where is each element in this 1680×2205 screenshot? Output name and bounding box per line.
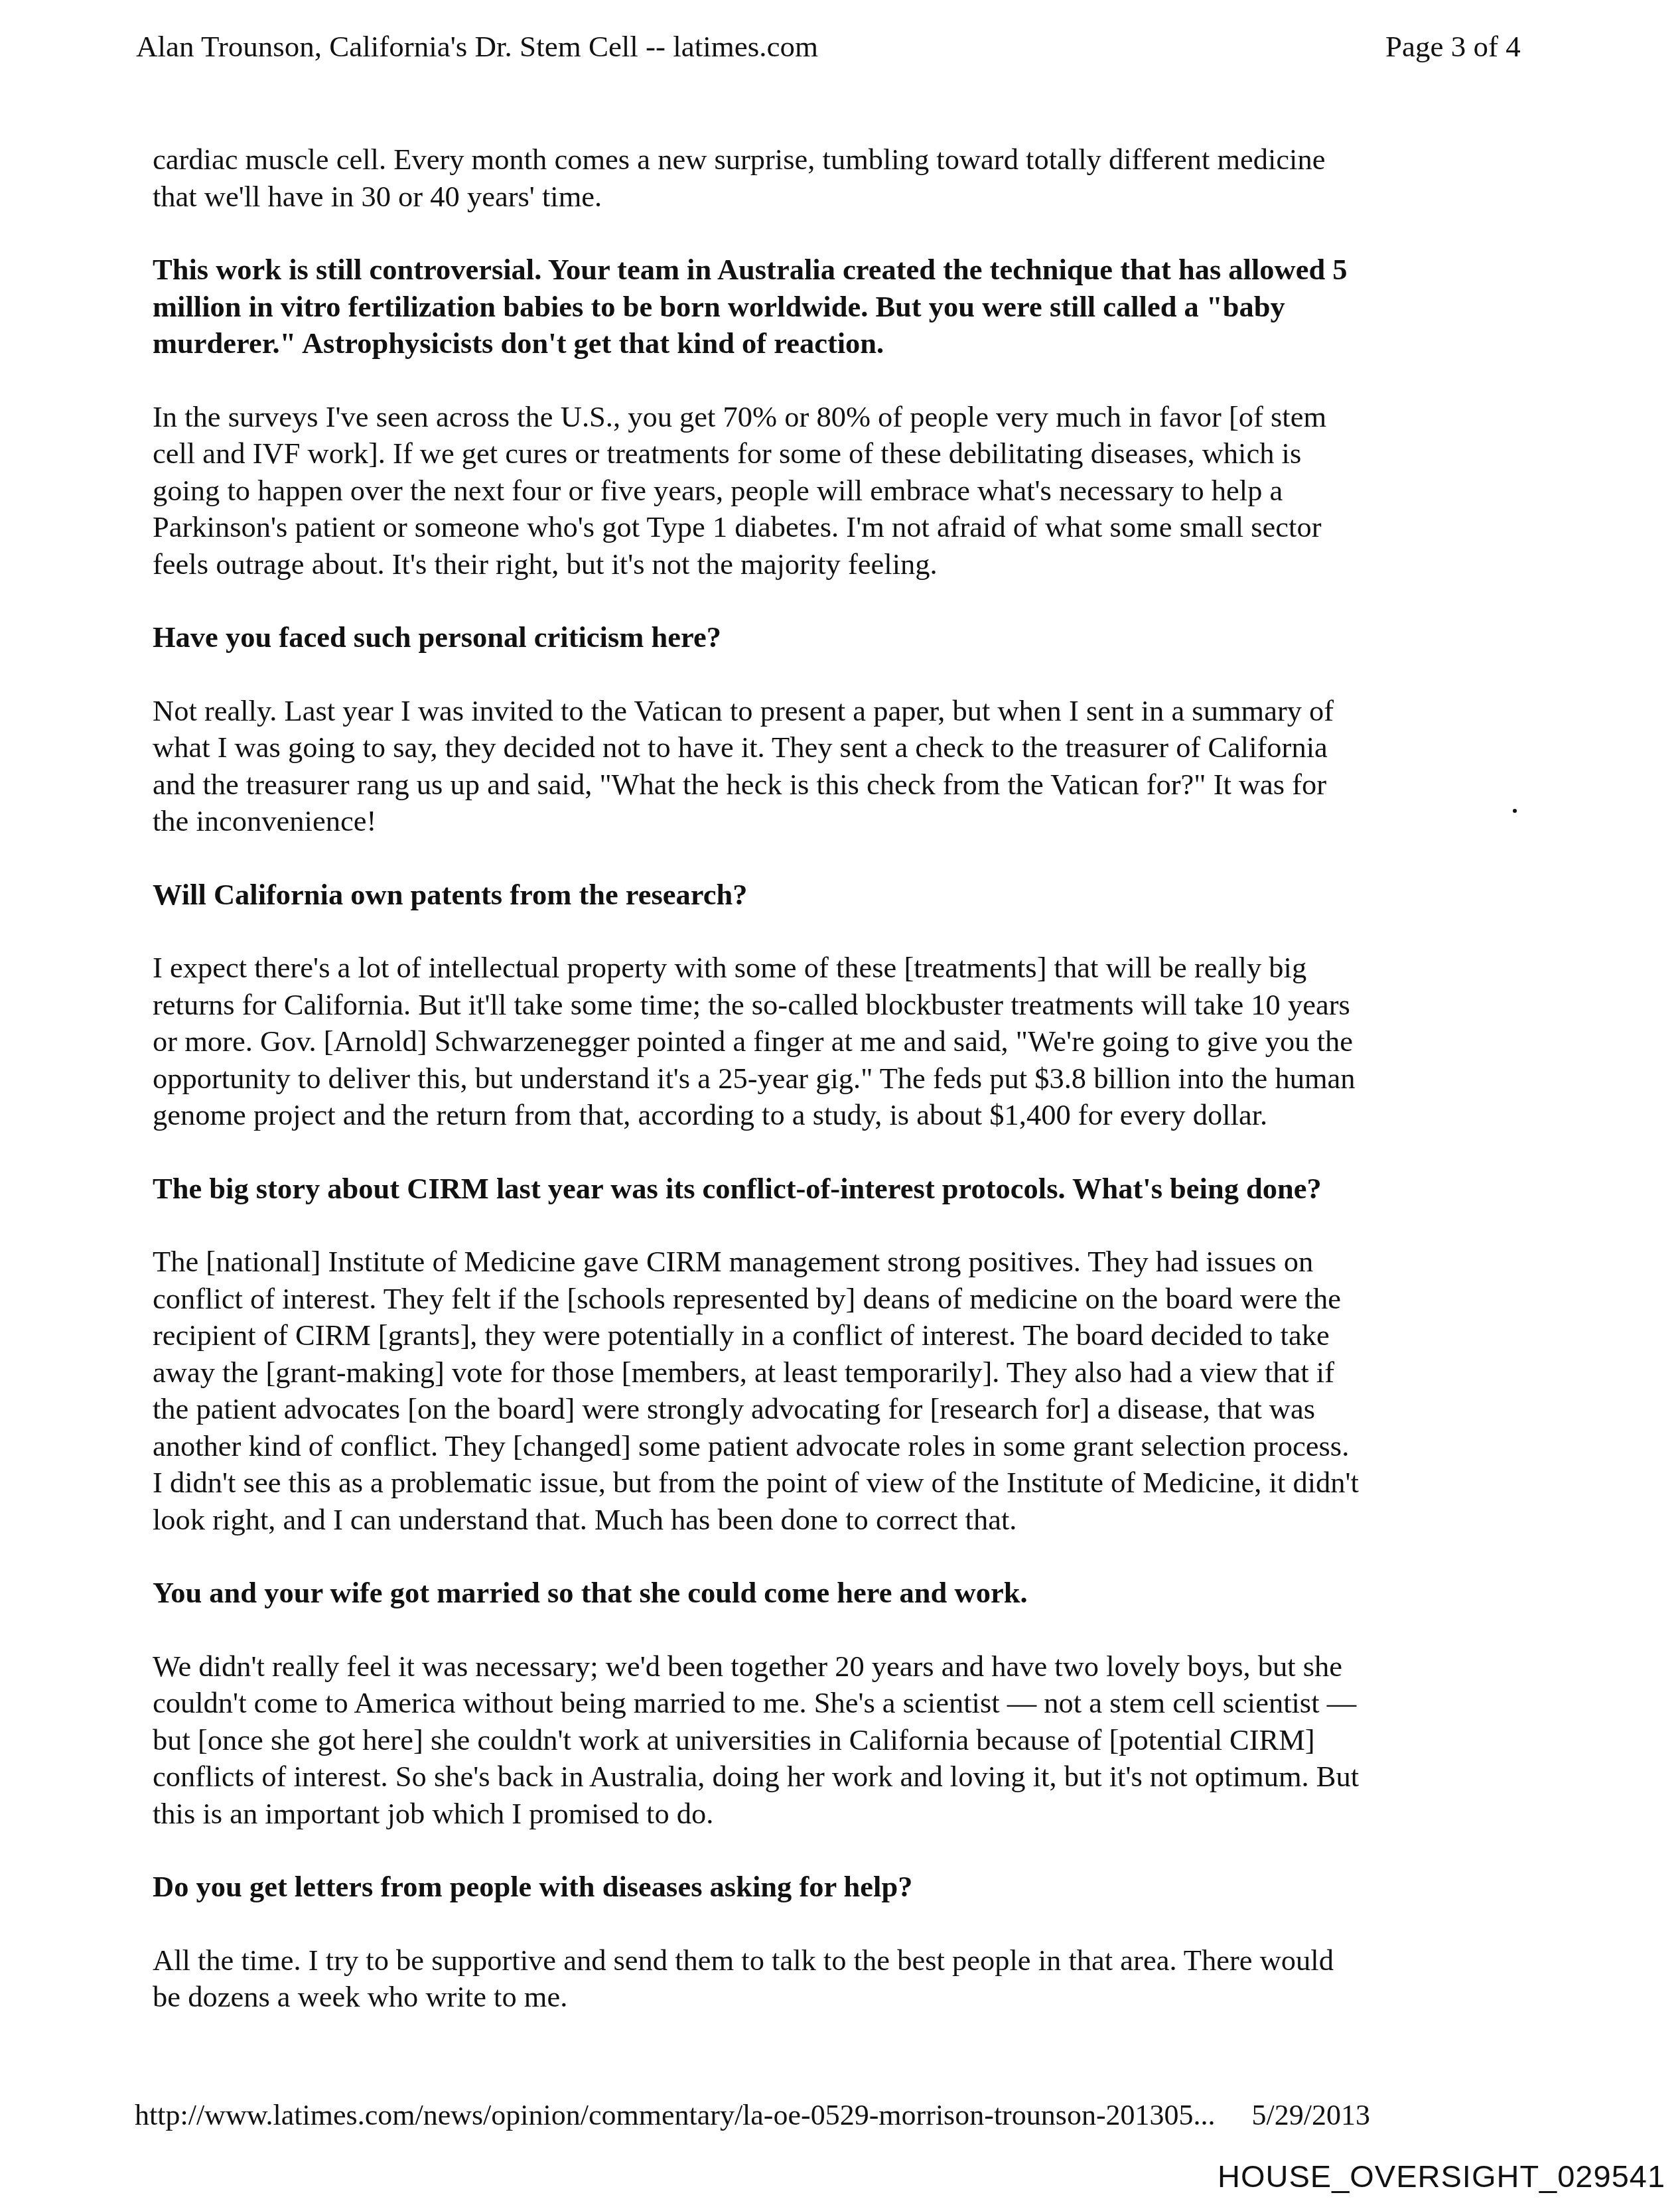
document-title: Alan Trounson, California's Dr. Stem Cel… <box>136 27 818 66</box>
text-line: conflict of interest. They felt if the [… <box>153 1281 1533 1318</box>
page-header: Alan Trounson, California's Dr. Stem Cel… <box>136 27 1544 66</box>
text-line: I expect there's a lot of intellectual p… <box>153 950 1533 987</box>
text-line: look right, and I can understand that. M… <box>153 1502 1533 1539</box>
text-line: the patient advocates [on the board] wer… <box>153 1391 1533 1428</box>
text-line: what I was going to say, they decided no… <box>153 729 1533 766</box>
text-line: and the treasurer rang us up and said, "… <box>153 766 1533 804</box>
question-paragraph: The big story about CIRM last year was i… <box>153 1171 1533 1208</box>
answer-paragraph: The [national] Institute of Medicine gav… <box>153 1244 1533 1538</box>
text-line: going to happen over the next four or fi… <box>153 472 1533 510</box>
text-line: away the [grant-making] vote for those [… <box>153 1354 1533 1391</box>
text-line: Not really. Last year I was invited to t… <box>153 693 1533 730</box>
text-line: cardiac muscle cell. Every month comes a… <box>153 141 1533 178</box>
text-line: be dozens a week who write to me. <box>153 1979 1533 2016</box>
scan-artifact-dot <box>1513 809 1517 813</box>
page-footer: http://www.latimes.com/news/opinion/comm… <box>135 2097 1370 2134</box>
text-line: Parkinson's patient or someone who's got… <box>153 509 1533 546</box>
answer-paragraph: In the surveys I've seen across the U.S.… <box>153 399 1533 583</box>
text-line: or more. Gov. [Arnold] Schwarzenegger po… <box>153 1023 1533 1060</box>
answer-paragraph: cardiac muscle cell. Every month comes a… <box>153 141 1533 215</box>
text-line: the inconvenience! <box>153 803 1533 840</box>
text-line: Have you faced such personal criticism h… <box>153 619 1533 656</box>
answer-paragraph: I expect there's a lot of intellectual p… <box>153 950 1533 1134</box>
answer-paragraph: Not really. Last year I was invited to t… <box>153 693 1533 840</box>
question-paragraph: You and your wife got married so that sh… <box>153 1575 1533 1612</box>
text-line: The [national] Institute of Medicine gav… <box>153 1244 1533 1281</box>
text-line: this is an important job which I promise… <box>153 1796 1533 1833</box>
text-line: million in vitro fertilization babies to… <box>153 289 1533 326</box>
text-line: feels outrage about. It's their right, b… <box>153 546 1533 583</box>
text-line: murderer." Astrophysicists don't get tha… <box>153 325 1533 362</box>
text-line: We didn't really feel it was necessary; … <box>153 1648 1533 1685</box>
text-line: but [once she got here] she couldn't wor… <box>153 1722 1533 1759</box>
text-line: conflicts of interest. So she's back in … <box>153 1758 1533 1796</box>
text-line: that we'll have in 30 or 40 years' time. <box>153 178 1533 216</box>
question-paragraph: Have you faced such personal criticism h… <box>153 619 1533 656</box>
question-paragraph: This work is still controversial. Your t… <box>153 251 1533 362</box>
text-line: recipient of CIRM [grants], they were po… <box>153 1317 1533 1354</box>
text-line: Do you get letters from people with dise… <box>153 1869 1533 1906</box>
question-paragraph: Will California own patents from the res… <box>153 877 1533 914</box>
text-line: This work is still controversial. Your t… <box>153 251 1533 289</box>
answer-paragraph: We didn't really feel it was necessary; … <box>153 1648 1533 1833</box>
source-url-link[interactable]: http://www.latimes.com/news/opinion/comm… <box>135 2097 1216 2134</box>
text-line: In the surveys I've seen across the U.S.… <box>153 399 1533 436</box>
text-line: opportunity to deliver this, but underst… <box>153 1060 1533 1098</box>
text-line: You and your wife got married so that sh… <box>153 1575 1533 1612</box>
article-body: cardiac muscle cell. Every month comes a… <box>153 141 1533 2052</box>
text-line: The big story about CIRM last year was i… <box>153 1171 1533 1208</box>
text-line: returns for California. But it'll take s… <box>153 987 1533 1024</box>
print-date: 5/29/2013 <box>1252 2097 1370 2134</box>
answer-paragraph: All the time. I try to be supportive and… <box>153 1942 1533 2016</box>
question-paragraph: Do you get letters from people with dise… <box>153 1869 1533 1906</box>
text-line: couldn't come to America without being m… <box>153 1685 1533 1722</box>
page-indicator: Page 3 of 4 <box>1385 27 1521 66</box>
text-line: I didn't see this as a problematic issue… <box>153 1464 1533 1502</box>
text-line: another kind of conflict. They [changed]… <box>153 1428 1533 1465</box>
bates-number: HOUSE_OVERSIGHT_029541 <box>1218 2158 1665 2195</box>
text-line: All the time. I try to be supportive and… <box>153 1942 1533 1979</box>
text-line: genome project and the return from that,… <box>153 1097 1533 1134</box>
text-line: cell and IVF work]. If we get cures or t… <box>153 435 1533 472</box>
text-line: Will California own patents from the res… <box>153 877 1533 914</box>
